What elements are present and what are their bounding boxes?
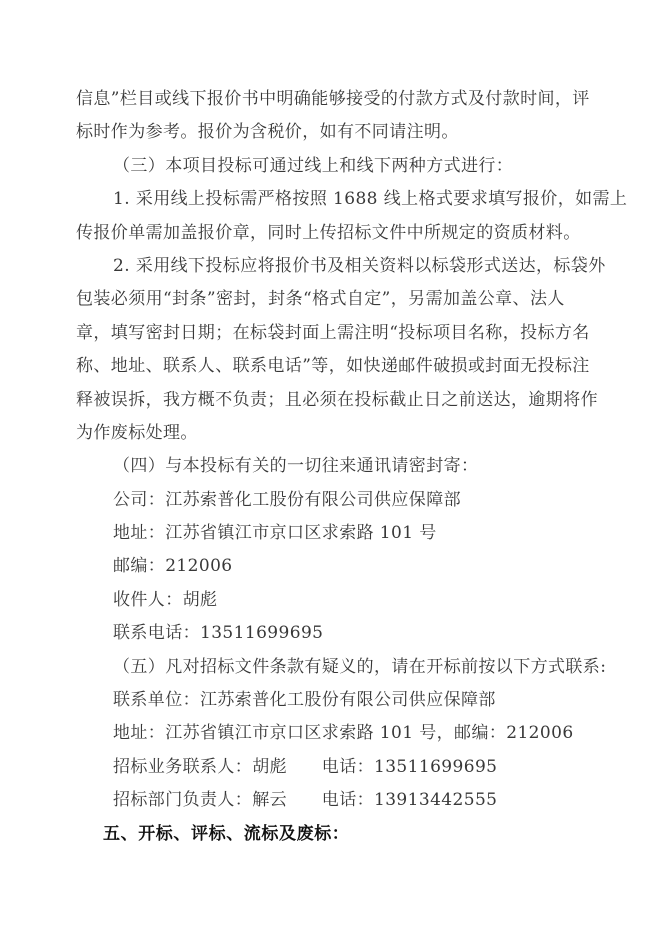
document-page: 信息”栏目或线下报价书中明确能够接受的付款方式及付款时间，评 标时作为参考。报价… bbox=[0, 0, 662, 936]
doc-line: 称、地址、联系人、联系电话”等，如快递邮件破损或封面无投标注 bbox=[76, 350, 592, 383]
doc-line-address: 地址：江苏省镇江市京口区求索路 101 号 bbox=[76, 517, 592, 550]
doc-line-company: 公司：江苏索普化工股份有限公司供应保障部 bbox=[76, 484, 592, 517]
doc-line: 释被误拆，我方概不负责；且必须在投标截止日之前送达，逾期将作 bbox=[76, 384, 592, 417]
doc-line-dept-head: 招标部门负责人：解云 电话：13913442555 bbox=[76, 784, 592, 817]
doc-line: 包装必须用“封条”密封，封条“格式自定”，另需加盖公章、法人 bbox=[76, 283, 592, 316]
doc-line-address-2: 地址：江苏省镇江市京口区求索路 101 号，邮编：212006 bbox=[76, 717, 592, 750]
doc-line-recipient: 收件人：胡彪 bbox=[76, 584, 592, 617]
doc-line: 传报价单需加盖报价章，同时上传招标文件中所规定的资质材料。 bbox=[76, 217, 592, 250]
document-body: 信息”栏目或线下报价书中明确能够接受的付款方式及付款时间，评 标时作为参考。报价… bbox=[76, 83, 592, 851]
doc-line: 章，填写密封日期；在标袋封面上需注明“投标项目名称，投标方名 bbox=[76, 317, 592, 350]
doc-line: 标时作为参考。报价为含税价，如有不同请注明。 bbox=[76, 116, 592, 149]
doc-line-item-1: 1. 采用线上投标需严格按照 1688 线上格式要求填写报价，如需上 bbox=[76, 183, 592, 216]
doc-line-bid-contact: 招标业务联系人：胡彪 电话：13511699695 bbox=[76, 751, 592, 784]
doc-line-section-5: （五）凡对招标文件条款有疑义的，请在开标前按以下方式联系: bbox=[76, 651, 592, 684]
doc-line: 为作废标处理。 bbox=[76, 417, 592, 450]
doc-line: 信息”栏目或线下报价书中明确能够接受的付款方式及付款时间，评 bbox=[76, 83, 592, 116]
doc-line-section-3: （三）本项目投标可通过线上和线下两种方式进行： bbox=[76, 150, 592, 183]
doc-line-section-4: （四）与本投标有关的一切往来通讯请密封寄： bbox=[76, 450, 592, 483]
doc-line-item-2: 2. 采用线下投标应将报价书及相关资料以标袋形式送达，标袋外 bbox=[76, 250, 592, 283]
doc-line-postcode: 邮编：212006 bbox=[76, 550, 592, 583]
doc-line-phone: 联系电话：13511699695 bbox=[76, 617, 592, 650]
doc-line-contact-unit: 联系单位：江苏索普化工股份有限公司供应保障部 bbox=[76, 684, 592, 717]
section-heading-5: 五、开标、评标、流标及废标： bbox=[76, 818, 592, 851]
